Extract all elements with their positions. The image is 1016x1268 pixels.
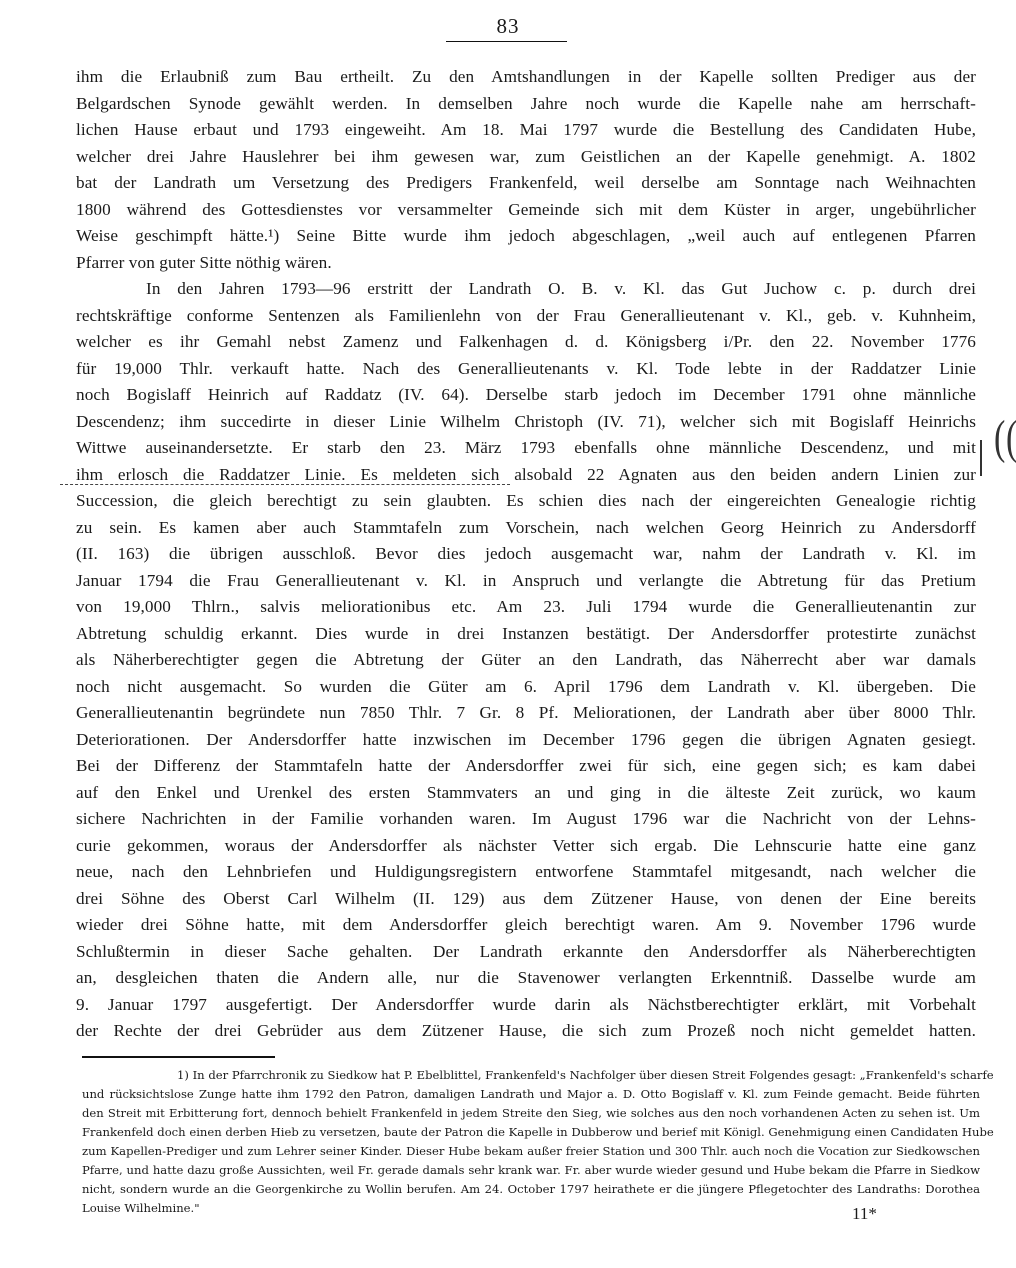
text-line: Belgardschen Synode gewählt werden. In d… <box>76 91 976 118</box>
signature-mark: 11* <box>852 1204 877 1224</box>
footnote-line: zum Kapellen-Prediger und zum Lehrer sei… <box>82 1142 980 1161</box>
text-line: Januar 1794 die Frau Generallieutenant v… <box>76 568 976 595</box>
text-line: neue, nach den Lehnbriefen und Huldigung… <box>76 859 976 886</box>
footnote-line: nicht, sondern wurde an die Georgenkirch… <box>82 1180 980 1199</box>
footnote-line: und rücksichtslose Zunge hatte ihm 1792 … <box>82 1085 980 1104</box>
text-line: drei Söhne des Oberst Carl Wilhelm (II. … <box>76 886 976 913</box>
text-line: Pfarrer von guter Sitte nöthig wären. <box>76 250 976 277</box>
footnote-line: den Streit mit Erbitterung fort, dennoch… <box>82 1104 980 1123</box>
text-line: lichen Hause erbaut und 1793 eingeweiht.… <box>76 117 976 144</box>
text-line: sichere Nachrichten in der Familie vorha… <box>76 806 976 833</box>
text-line: ihm die Erlaubniß zum Bau ertheilt. Zu d… <box>76 64 976 91</box>
text-line: 1800 während des Gottesdienstes vor vers… <box>76 197 976 224</box>
text-line: Succession, die gleich berechtigt zu sei… <box>76 488 976 515</box>
text-line: welcher drei Jahre Hauslehrer bei ihm ge… <box>76 144 976 171</box>
text-line: von 19,000 Thlrn., salvis meliorationibu… <box>76 594 976 621</box>
text-line: Wittwe auseinandersetzte. Er starb den 2… <box>76 435 976 462</box>
text-line: Schlußtermin in dieser Sache gehalten. D… <box>76 939 976 966</box>
text-line: curie gekommen, woraus der Andersdorffer… <box>76 833 976 860</box>
text-line: rechtskräftige conforme Sentenzen als Fa… <box>76 303 976 330</box>
text-line: welcher es ihr Gemahl nebst Zamenz und F… <box>76 329 976 356</box>
text-line: für 19,000 Thlr. verkauft hatte. Nach de… <box>76 356 976 383</box>
footnote-line: 1) In der Pfarrchronik zu Siedkow hat P.… <box>82 1066 980 1085</box>
text-line: der Rechte der drei Gebrüder aus dem Züt… <box>76 1018 976 1045</box>
handwritten-underline-mark <box>60 484 510 485</box>
main-text-body: ihm die Erlaubniß zum Bau ertheilt. Zu d… <box>76 64 976 1045</box>
text-line: noch nicht ausgemacht. So wurden die Güt… <box>76 674 976 701</box>
text-line: bat der Landrath um Versetzung des Predi… <box>76 170 976 197</box>
text-line: zu sein. Es kamen aber auch Stammtafeln … <box>76 515 976 542</box>
text-line: Descendenz; ihm succedirte in dieser Lin… <box>76 409 976 436</box>
footnote-block: 1) In der Pfarrchronik zu Siedkow hat P.… <box>82 1066 980 1218</box>
text-line: auf den Enkel und Urenkel des ersten Sta… <box>76 780 976 807</box>
margin-bracket-mark: ( <box>1006 412 1016 465</box>
header-rule <box>446 41 567 42</box>
text-line: (II. 163) die übrigen ausschloß. Bevor d… <box>76 541 976 568</box>
text-line: noch Bogislaff Heinrich auf Raddatz (IV.… <box>76 382 976 409</box>
text-line: als Näherberechtigter gegen die Abtretun… <box>76 647 976 674</box>
footnote-line: Louise Wilhelmine." <box>82 1199 980 1218</box>
footnote-line: Frankenfeld doch einen derben Hieb zu ve… <box>82 1123 980 1142</box>
text-line: Deteriorationen. Der Andersdorffer hatte… <box>76 727 976 754</box>
page-number: 83 <box>0 14 1016 39</box>
margin-tick-mark <box>980 440 982 476</box>
footnote-line: Pfarre, und hatte dazu große Aussichten,… <box>82 1161 980 1180</box>
margin-bracket-mark: ( <box>994 412 1005 465</box>
footnote-separator-rule <box>82 1056 275 1058</box>
text-line: Abtretung schuldig erkannt. Dies wurde i… <box>76 621 976 648</box>
text-line: wieder drei Söhne hatte, mit dem Andersd… <box>76 912 976 939</box>
paragraph-start-line: In den Jahren 1793—96 erstritt der Landr… <box>76 276 976 303</box>
text-line: Generallieutenantin begründete nun 7850 … <box>76 700 976 727</box>
text-line: Weise geschimpft hätte.¹) Seine Bitte wu… <box>76 223 976 250</box>
text-line: an, desgleichen thaten die Andern alle, … <box>76 965 976 992</box>
text-line: 9. Januar 1797 ausgefertigt. Der Andersd… <box>76 992 976 1019</box>
text-line: Bei der Differenz der Stammtafeln hatte … <box>76 753 976 780</box>
